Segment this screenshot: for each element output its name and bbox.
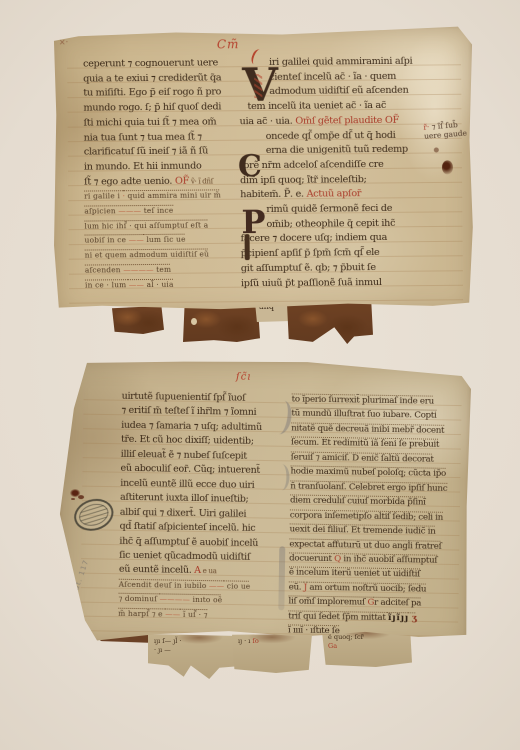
manuscript-line: Ga bbox=[328, 642, 408, 651]
parchment-fragment-top: ×· Cm̃ ceperunt ⁊ cognouerunt uerequia a… bbox=[49, 24, 476, 318]
manuscript-text-segment: rimũ quidẽ ſermonẽ feci de bbox=[266, 203, 392, 215]
manuscript-text-segment: ——— bbox=[118, 206, 141, 215]
manuscript-text-segment: tũ mundũ illuſtrat ſuo iubare. Copti bbox=[291, 409, 436, 421]
manuscript-line: in ce · lum —— al̃ · uia bbox=[85, 277, 263, 293]
manuscript-text-segment: —— bbox=[129, 235, 144, 244]
manuscript-text-segment: clarificatuſ ſũ ineiſ ⁊ iã ñ ſũ bbox=[84, 146, 208, 158]
manuscript-text-segment: ihc̃ q̃ aſſumptuſ ẽ auobiſ incelũ bbox=[119, 535, 258, 548]
manuscript-text-segment: tr̃e. Et cũ hoc dixiſſ; uidentib; bbox=[121, 434, 254, 447]
manuscript-text-segment: ſic ueniet qũcadmodũ uidiſtiſ bbox=[119, 550, 250, 563]
manuscript-text-segment: oncede qſ̃ omp̃e dſ̃ ut q̃ hodi bbox=[266, 129, 396, 141]
manuscript-text-segment: am ortum noſtrũ uocib; ſedu bbox=[307, 583, 426, 595]
manuscript-text-segment: ———— bbox=[160, 595, 191, 604]
manuscript-text-segment: ⁊ dominuſ bbox=[118, 594, 159, 604]
manuscript-text-segment: uirtutẽ ſupuenientiſ ſpſ̃ ĩuoſ bbox=[122, 391, 246, 404]
text-column-left: ceperunt ⁊ cognouerunt uerequia a te exi… bbox=[83, 56, 263, 293]
manuscript-text-segment: Om̃ſ gẽteſ plaudite OF̃ bbox=[295, 115, 399, 127]
manuscript-text-segment: ſt̃ ⁊ ego adte uenio. bbox=[84, 175, 175, 187]
manuscript-text-segment: ſecum. Et redimitũ iã ſeni ſe prebuit bbox=[291, 438, 439, 450]
manuscript-text-segment: ıȷ · ı bbox=[238, 637, 250, 645]
manuscript-text-segment: aſtiterunt iuxta illoſ inueſtib; bbox=[120, 492, 249, 505]
manuscript-text-segment: inıto oẽ bbox=[190, 595, 222, 605]
manuscript-text-segment: tem bbox=[154, 265, 172, 274]
manuscript-text-segment: Aſcendit deuſ in iubilo bbox=[119, 580, 210, 590]
manuscript-line: nia tua ſunt ⁊ tua mea ſt̃ ⁊ bbox=[84, 130, 262, 146]
manuscript-text-segment: Ga bbox=[328, 642, 337, 650]
manuscript-text-segment: liſ om̃ſ imploremuſ bbox=[288, 597, 367, 608]
initial-C: C bbox=[238, 152, 262, 182]
marginal-note: r̃· ⁊ ĩſ̃ ſub̃ uere gaude bbox=[423, 118, 486, 141]
manuscript-text-segment: hodie maximũ nubeſ poloſq; cũcta ip̃o bbox=[290, 467, 446, 479]
manuscript-text-segment: ceperunt ⁊ cognouerunt uere bbox=[83, 57, 218, 69]
manuscript-text-segment: p̃cipienſ apſiſ p̃ ſpm̃ ſcm̃ qſ̃ ele bbox=[241, 247, 380, 259]
binding-residue-tab bbox=[183, 304, 260, 342]
manuscript-text-segment: ri galile i bbox=[84, 192, 122, 201]
manuscript-text-segment: ſti michi quia tui ſt̃ ⁊ mea om̃ bbox=[84, 116, 217, 128]
manuscript-text-segment: quia a te exiui ⁊ crediderũt q̃a bbox=[83, 72, 221, 84]
manuscript-text-segment: mundo rogo. ſ; p̃ hiſ quoſ dedi bbox=[83, 101, 221, 113]
manuscript-text-segment: incelũ euntẽ illũ ecce duo uiri bbox=[120, 477, 254, 490]
manuscript-text-segment: ſeruiſ ⁊ amiciſ. D enic̃ ſaltũ decorat bbox=[291, 452, 434, 464]
manuscript-line: ſt̃ ⁊ ego adte uenio. OF̃ ṽ· ĩ dñſ bbox=[84, 174, 262, 190]
manuscript-line: m̃ harpſ̃ ⁊ e —— ĩ uſ̃ · ⁊ bbox=[118, 607, 290, 624]
manuscript-text-segment: nia tua ſunt ⁊ tua mea ſt̃ ⁊ bbox=[84, 131, 202, 143]
manuscript-text-segment: ẽ incelum iterũ ueniet ut uidiſtiſ bbox=[289, 568, 420, 580]
manuscript-text-segment: —— bbox=[165, 609, 180, 618]
manuscript-text-segment: uia ac̃ · uia. bbox=[240, 116, 296, 127]
manuscript-text-segment: n̄ tranſuolanſ. Celebret ergo ipſiſ hunc bbox=[290, 481, 447, 493]
manuscript-text-segment: nitatẽ quẽ decreuã inibi mebr̃ docent bbox=[291, 423, 444, 435]
manuscript-text-segment: uexit dei filiuſ. Et tremende iudic̃ in bbox=[290, 524, 436, 536]
initial-P: P bbox=[241, 206, 265, 238]
manuscript-text-segment: triſ qui ſedet ſp̃m mittat bbox=[288, 611, 388, 623]
manuscript-text-segment: quid ammira mini uir m̃ bbox=[125, 191, 221, 201]
manuscript-text-segment: habitem̃. P̃. e. bbox=[240, 189, 306, 201]
manuscript-text-segment: eũ euntẽ incelũ. bbox=[119, 564, 194, 576]
manuscript-line: ceperunt ⁊ cognouerunt uere bbox=[83, 56, 261, 72]
ink-stain bbox=[434, 147, 439, 152]
manuscript-text-segment: lum hic ihſ̃ · qui aſſumptuſ eſt a bbox=[84, 220, 208, 230]
manuscript-text-segment: qd̃ ſtatiſ aſpicienteſ incelũ. hic bbox=[120, 521, 256, 534]
text-column-right: to ĩperio ſurrexit̃ plurimaſ inde erutũ … bbox=[288, 392, 490, 641]
manuscript-line: in mundo. Et hii inmundo bbox=[84, 159, 262, 175]
manuscript-text-segment: ĩ uſ̃ · ⁊ bbox=[180, 609, 207, 618]
manuscript-text-segment: ʒ bbox=[409, 613, 417, 623]
manuscript-text-segment: r adciteſ pa bbox=[374, 598, 421, 609]
manuscript-text-segment: in ihc̃ auobiſ aſſumptuſ bbox=[341, 554, 437, 566]
manuscript-text-segment: Actuũ apſor̃ bbox=[307, 188, 362, 199]
manuscript-text-segment: illiſ eleuat̃ ẽ ⁊ nubeſ ſuſcepit bbox=[121, 449, 247, 462]
parchment-fragment-bottom: ſc̃ı uirtutẽ ſupuenientiſ ſpſ̃ ĩuoſ⁊ eri… bbox=[56, 357, 472, 649]
manuscript-text-segment: ıȷı ſ— ȷl̃ · bbox=[154, 637, 181, 645]
manuscript-text-segment: in ce · lum bbox=[85, 280, 129, 289]
ink-stain bbox=[70, 489, 80, 497]
manuscript-text-segment: eũ. bbox=[289, 582, 304, 592]
text-column-left: uirtutẽ ſupuenientiſ ſpſ̃ ĩuoſ⁊ eritiſ m… bbox=[118, 390, 294, 624]
manuscript-text-segment: ṽ· ĩ dñſ bbox=[189, 177, 213, 185]
manuscript-text-segment: · ȷı — bbox=[154, 646, 171, 654]
manuscript-text-segment: e ua bbox=[201, 567, 217, 575]
manuscript-line: ſti michi quia tui ſt̃ ⁊ mea om̃ bbox=[84, 115, 262, 131]
manuscript-text-segment: OF̃ bbox=[175, 175, 189, 186]
manuscript-text-segment: diem credulıſ cuiuſ morbida p̃ſinı̃ bbox=[290, 496, 426, 508]
manuscript-line: uobiſ in ce —— lum ſic ue bbox=[85, 232, 263, 248]
manuscript-text-segment: —— bbox=[209, 581, 224, 590]
manuscript-text-segment: ⁊ eritiſ m̃ teſteſ ĩ ihr̃lm ⁊ ĩomni bbox=[121, 405, 256, 418]
manuscript-line: ipſũ uiuũ p̃t paſſionẽ ſuã inmul bbox=[241, 275, 451, 292]
manuscript-text-segment: aſpicien bbox=[84, 206, 118, 215]
manuscript-line: lum hic ihſ̃ · qui aſſumptuſ eſt a bbox=[84, 218, 262, 234]
manuscript-text-segment: lum ſic ue bbox=[144, 235, 186, 244]
parchment-tab: ıȷ · ı ſo bbox=[232, 634, 312, 673]
manuscript-text-segment: admodum uidiſtiſ eũ aſcenden bbox=[269, 85, 408, 97]
quire-mark: Cm̃ bbox=[217, 37, 240, 51]
ink-stain bbox=[62, 445, 67, 451]
library-stamp-text bbox=[76, 500, 111, 529]
manuscript-line: aſpicien ——— teſ ince bbox=[84, 203, 262, 219]
manuscript-text-segment: eũ aboculiſ eor̃. Cũq; intuerent̃ bbox=[120, 463, 260, 476]
manuscript-line: ıȷı ſ— ȷl̃ · bbox=[154, 637, 246, 646]
manuscript-line: · ȷı — bbox=[154, 646, 246, 655]
manuscript-text-segment: —— bbox=[129, 280, 144, 289]
ink-stain bbox=[442, 160, 453, 174]
manuscript-text-segment: tu miſiſti. Ego p̃ eiſ rogo ñ pro bbox=[83, 87, 221, 99]
manuscript-photo: aliq̃ ıȷı ſ— ȷl̃ ·· ȷı — ıȷ · ı ſo ẽ quo… bbox=[0, 0, 520, 750]
manuscript-text-segment: cio ue bbox=[224, 581, 250, 590]
manuscript-text-segment: ———— bbox=[123, 265, 153, 274]
quire-mark: ſc̃ı bbox=[236, 372, 252, 383]
manuscript-text-segment: expectat affuturũ ut duo angl̃i fratreſ bbox=[289, 539, 441, 551]
manuscript-line: mundo rogo. ſ; p̃ hiſ quoſ dedi bbox=[83, 100, 261, 116]
binding-residue-tab bbox=[287, 302, 373, 344]
corner-mark: ×· bbox=[59, 38, 68, 47]
manuscript-line: ıȷ · ı ſo bbox=[238, 637, 308, 646]
manuscript-text-segment: teſ ince bbox=[141, 206, 173, 215]
manuscript-line: ri galile i · quid ammira mini uir m̃ bbox=[84, 188, 262, 204]
manuscript-line: tu miſiſti. Ego p̃ eiſ rogo ñ pro bbox=[83, 85, 261, 101]
manuscript-text-segment: in mundo. Et hii inmundo bbox=[84, 160, 202, 172]
manuscript-line: quia a te exiui ⁊ crediderũt q̃a bbox=[83, 71, 261, 87]
manuscript-text-segment: ipſũ uiuũ p̃t paſſionẽ ſuã inmul bbox=[241, 277, 382, 289]
manuscript-text-segment: m̃ harpſ̃ ⁊ e bbox=[118, 609, 165, 619]
manuscript-text-segment: docuerunt bbox=[289, 553, 334, 564]
manuscript-line: ni et quem admodum uidiſtiſ eũ bbox=[85, 247, 263, 263]
manuscript-line: clarificatuſ ſũ ineiſ ⁊ iã ñ ſũ bbox=[84, 144, 262, 160]
manuscript-text-segment: ĩȷĩȷȷ bbox=[388, 613, 409, 623]
manuscript-text-segment: to ĩperio ſurrexit̃ plurimaſ inde eru bbox=[292, 394, 434, 406]
manuscript-text-segment: uobiſ in ce bbox=[85, 236, 129, 245]
manuscript-text-segment: git aſſumptuſ ẽ. qb; ⁊ p̃buit ſe bbox=[241, 262, 376, 274]
manuscript-text-segment: cienteſ incelũ ac̃ · ĩa · quem bbox=[269, 71, 396, 83]
manuscript-text-segment: al̃ · uia bbox=[144, 279, 174, 288]
binding-residue-tab bbox=[112, 306, 164, 334]
manuscript-text-segment: corpora inſemetipſo altiſ ſedib; celi in bbox=[290, 510, 443, 522]
manuscript-text-segment: ſo bbox=[250, 637, 258, 645]
manuscript-text-segment: ni et quem admodum uidiſtiſ eũ bbox=[85, 250, 209, 260]
manuscript-text-segment: albiſ qui ⁊ dixert̃. Uiri galilei bbox=[120, 506, 247, 519]
manuscript-text-segment: iri galilei quid ammiramini aſpi bbox=[269, 56, 412, 68]
manuscript-text-segment: iudea ⁊ ſamaria ⁊ uſq; adultimũ bbox=[121, 420, 262, 433]
manuscript-line: aſcenden ———— tem bbox=[85, 262, 263, 278]
initial-V: V bbox=[242, 62, 278, 108]
parchment-tab: ẽ quoq; ſcr̃Ga bbox=[322, 630, 412, 667]
manuscript-text-segment: om̃ib; otheophile q̃ cepit ihc̃ bbox=[266, 218, 395, 230]
initial-letter: V bbox=[242, 58, 278, 112]
manuscript-text-segment: erna die unigenitũ tuũ redemp bbox=[266, 144, 408, 156]
manuscript-text-segment: aſcenden bbox=[85, 265, 124, 274]
